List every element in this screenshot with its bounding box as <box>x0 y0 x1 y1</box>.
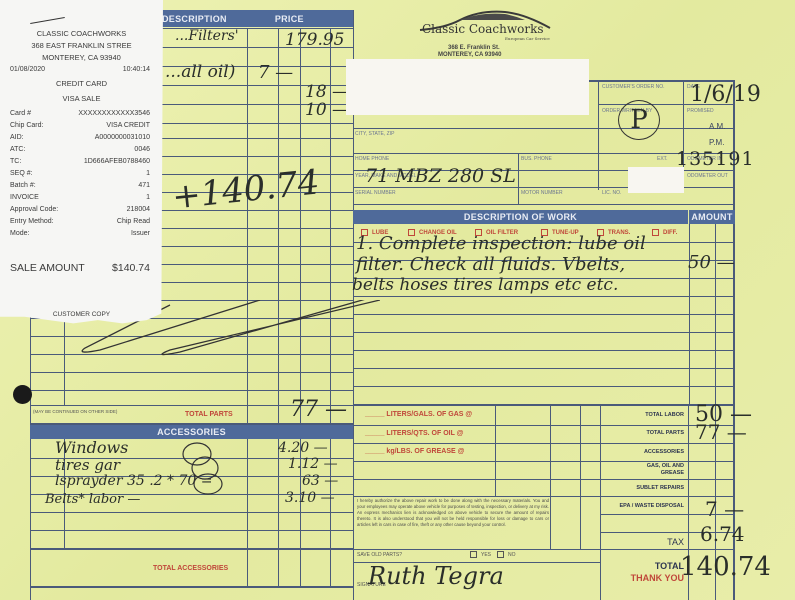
city-label: CITY, STATE, ZIP <box>355 131 394 137</box>
vehicle-value: 71 MBZ 280 SL <box>365 165 516 187</box>
description-header: DESCRIPTION <box>162 14 227 24</box>
save-parts-label: SAVE OLD PARTS? <box>357 552 402 558</box>
binder-hole <box>13 385 32 404</box>
price-header: PRICE <box>275 14 304 24</box>
amount-header-bar: AMOUNT <box>689 210 735 224</box>
gas-oil-grease-label: GAS, OIL AND GREASE <box>640 463 684 477</box>
fluid-oil: _____ LITERS/QTS. OF OIL @ <box>365 430 464 437</box>
receipt-sale-amount: SALE AMOUNT $140.74 <box>10 262 150 274</box>
accessory-price-3: 63 — <box>302 473 338 489</box>
parts-line2-price: 7 — <box>258 62 293 83</box>
serial-label: SERIAL NUMBER <box>355 190 396 196</box>
circled-marks <box>175 440 235 500</box>
company-name: Classic Coachworks <box>422 22 544 36</box>
authorization-text: I hereby authorize the above repair work… <box>357 498 549 528</box>
total-parts-label: TOTAL PARTS <box>185 411 233 418</box>
parts-header-bar: DESCRIPTION PRICE <box>140 10 353 27</box>
order-written-value: P <box>618 100 660 140</box>
motor-label: MOTOR NUMBER <box>521 190 563 196</box>
epa-label: EPA / WASTE DISPOSAL <box>600 503 684 509</box>
odometer-in-value: 135191 <box>676 148 755 170</box>
redacted-customer-name <box>346 59 589 115</box>
customer-order-label: CUSTOMER'S ORDER NO. <box>602 84 665 90</box>
checkbox-save-no[interactable]: NO <box>497 551 516 558</box>
odometer-out-label: ODOMETER OUT <box>687 173 728 179</box>
signature: Ruth Tegra <box>368 562 504 590</box>
receipt-field: INVOICE1 <box>10 194 150 201</box>
work-line-3: belts hoses tires lamps etc etc. <box>352 275 618 295</box>
total-parts-value: 77 — <box>695 420 747 444</box>
fluid-grease: _____ kg/LBS. OF GREASE @ <box>365 448 464 455</box>
receipt-field: SEQ #:1 <box>10 170 150 177</box>
accessory-price-1: 4.20 — <box>278 440 328 456</box>
credit-card-receipt: CLASSIC COACHWORKS 368 EAST FRANKLIN STR… <box>0 0 163 330</box>
checkbox-diff[interactable]: DIFF. <box>652 229 677 236</box>
total-parts-handwritten: 77 — <box>290 397 347 422</box>
redacted-phone <box>628 167 684 193</box>
checkbox-save-yes[interactable]: YES <box>470 551 491 558</box>
accessories-header-bar: ACCESSORIES <box>30 425 353 439</box>
total-label: TOTAL <box>600 561 684 571</box>
date-value: 1/6/19 <box>690 82 761 107</box>
lic-label: LIC. NO. <box>602 190 621 196</box>
receipt-field: TC:1D666AFEB0788460 <box>10 158 150 165</box>
work-header: DESCRIPTION OF WORK <box>464 212 577 222</box>
total-accessories-label: TOTAL ACCESSORIES <box>153 565 228 572</box>
receipt-field: Approval Code:218004 <box>10 206 150 213</box>
accessory-price-4: 3.10 — <box>285 490 335 506</box>
company-tagline: European Car Service <box>505 36 550 41</box>
receipt-datetime: 01/08/2020 10:40:14 <box>10 66 150 73</box>
receipt-field: AID:A0000000031010 <box>10 134 150 141</box>
sublet-repairs-label: SUBLET REPAIRS <box>600 485 684 491</box>
receipt-sale-type: VISA SALE <box>0 94 163 103</box>
ext-label: EXT. <box>657 156 668 162</box>
accessory-item-2: tires gar <box>55 456 120 474</box>
accessory-price-2: 1.12 — <box>288 456 338 472</box>
receipt-time: 10:40:14 <box>123 66 150 73</box>
thank-you: THANK YOU <box>600 573 684 583</box>
amount-header: AMOUNT <box>691 212 732 222</box>
receipt-business: CLASSIC COACHWORKS <box>0 29 163 38</box>
receipt-city: MONTEREY, CA 93940 <box>0 53 163 62</box>
accessory-item-1: Windows <box>55 438 128 457</box>
work-amount: 50 — <box>688 252 735 273</box>
total-value: 140.74 <box>680 552 771 582</box>
company-city: MONTEREY, CA 93940 <box>438 52 501 58</box>
total-parts-summary-label: TOTAL PARTS <box>600 430 684 436</box>
receipt-field: Mode:Issuer <box>10 230 150 237</box>
parts-line1-price: 179.95 <box>285 30 344 50</box>
work-line-2: filter. Check all fluids. Vbelts, <box>356 254 625 275</box>
company-address: 368 E. Franklin St. <box>448 45 500 51</box>
fluid-gas: _____ LITERS/GALS. OF GAS @ <box>365 411 472 418</box>
work-header-bar: DESCRIPTION OF WORK <box>353 210 688 224</box>
tax-value: 6.74 <box>700 522 745 546</box>
receipt-address: 368 EAST FRANKLIN STREE <box>0 41 163 50</box>
receipt-date: 01/08/2020 <box>10 66 45 73</box>
sale-amount-value: $140.74 <box>112 262 150 274</box>
tax-label: TAX <box>600 537 684 547</box>
receipt-field: Card #XXXXXXXXXXXX3546 <box>10 110 150 117</box>
work-line-1: 1. Complete inspection: lube oil <box>356 233 646 254</box>
accessories-summary-label: ACCESSORIES <box>600 449 684 455</box>
accessory-item-4: Belts* labor — <box>45 492 140 507</box>
receipt-field: Batch #:471 <box>10 182 150 189</box>
receipt-type: CREDIT CARD <box>0 79 163 88</box>
parts-line4-price: 10 — <box>305 100 349 120</box>
parts-line3-price: 18 — <box>305 82 349 102</box>
receipt-field: Entry Method:Chip Read <box>10 218 150 225</box>
epa-value: 7 — <box>705 497 744 521</box>
receipt-field: Chip Card:VISA CREDIT <box>10 122 150 129</box>
receipt-field: ATC:0046 <box>10 146 150 153</box>
home-phone-label: HOME PHONE <box>355 156 389 162</box>
parts-line2: ...all oil) <box>165 62 235 82</box>
total-labor-label: TOTAL LABOR <box>600 412 684 418</box>
sale-amount-label: SALE AMOUNT <box>10 262 85 274</box>
promised-label: PROMISED <box>687 108 714 114</box>
bus-phone-label: BUS. PHONE <box>521 156 552 162</box>
parts-line1: ...Filters' <box>175 28 239 44</box>
pm-label: P.M. <box>709 138 724 147</box>
am-label: A.M. <box>709 122 725 131</box>
continued-note: (MAY BE CONTINUED ON OTHER SIDE) <box>33 409 117 414</box>
